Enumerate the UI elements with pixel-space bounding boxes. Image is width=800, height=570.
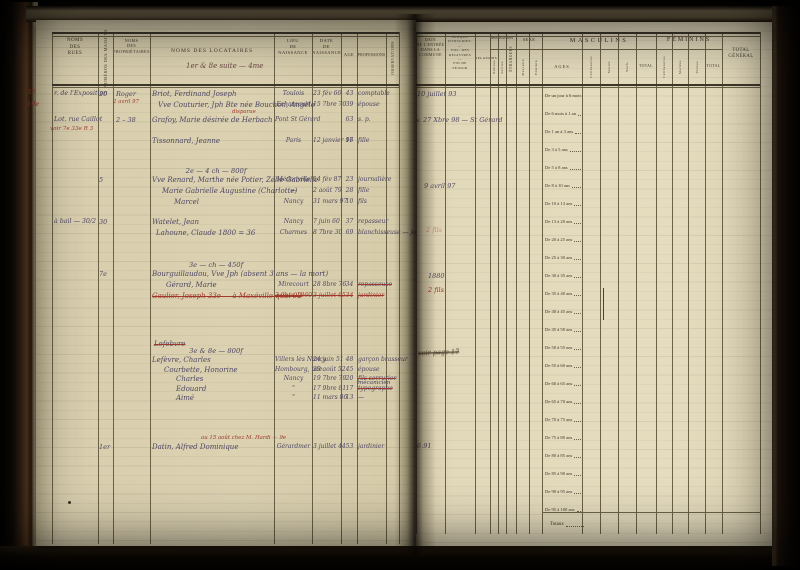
rule-line xyxy=(490,49,722,50)
rule-line xyxy=(656,32,657,534)
proprietor-red-note: 2 avril 97 xyxy=(113,99,139,105)
age-band-label: De 65 à 70 ans xyxy=(545,399,572,404)
dotted-leader xyxy=(574,489,581,494)
col-header-sexe-feminin: Féminin xyxy=(529,50,542,84)
rule-line xyxy=(52,32,399,34)
col-header-f-total: TOTAL xyxy=(705,64,722,69)
age-value: 10 xyxy=(342,198,357,205)
age-band-row: De 1 an à 3 ans xyxy=(545,129,581,134)
birthplace: " xyxy=(275,385,312,392)
profession: fils xyxy=(358,198,367,205)
rule-line xyxy=(475,32,476,534)
rule-line xyxy=(760,32,761,534)
pen-stroke xyxy=(603,288,604,320)
dotted-leader xyxy=(574,345,581,350)
age-band-row: De 6 mois à 1 an xyxy=(545,111,581,116)
age-band-label: De 55 à 60 ans xyxy=(545,363,572,368)
col-header-numeros: NUMÉROS DES MAISONS xyxy=(98,34,113,82)
age-band-row: De 20 à 25 ans xyxy=(545,237,581,242)
tenant-name: Lahoune, Claude 1800 = 36 xyxy=(156,229,255,237)
age-band-label: De un jour à 6 mois xyxy=(545,93,581,98)
birthplace: Nancy xyxy=(275,198,312,205)
rule-line xyxy=(542,32,543,534)
col-header-date-naissance: DATE DE NAISSANCE xyxy=(312,38,341,56)
house-number: 7e xyxy=(99,270,107,278)
tenant-name: Datin, Alfred Dominique xyxy=(152,443,238,451)
rule-line xyxy=(600,32,601,534)
profession: repasseuse xyxy=(358,281,392,288)
age-band-label: De 95 à 100 ans xyxy=(545,507,575,512)
profession: fille xyxy=(358,187,369,194)
age-band-row: De 90 à 95 ans xyxy=(545,489,581,494)
tenant-name: Tissonnard, Jeanne xyxy=(152,137,220,145)
rule-line xyxy=(150,32,151,544)
dotted-leader xyxy=(570,147,581,152)
age-band-label: De 75 à 80 ans xyxy=(545,435,572,440)
age-band-label: De 70 à 75 ans xyxy=(545,417,572,422)
dotted-leader xyxy=(574,237,581,242)
age-band-row: De 45 à 50 ans xyxy=(545,327,581,332)
profession: jardinier xyxy=(358,443,384,450)
birthdate: 24 juin 51 xyxy=(313,356,344,363)
apartment-note: 3e — ch — 450f xyxy=(176,261,256,269)
col-header-locataires: NOMS DES LOCATAIRES xyxy=(150,48,274,55)
rule-line xyxy=(672,32,673,534)
age-value: 43 xyxy=(342,90,357,97)
col-header-sexe-masculin: Masculin xyxy=(516,50,529,84)
age-band-row: De 13 à 20 ans xyxy=(545,219,581,224)
rule-line xyxy=(416,32,417,534)
col-header-sexe-masculin-label: Masculin xyxy=(521,59,525,76)
tenant-name: Briot, Ferdinand Joseph xyxy=(152,90,237,98)
profession: s. p. xyxy=(358,116,371,123)
age-band-label: De 40 à 45 ans xyxy=(545,309,572,314)
age-band-row: De 30 à 35 ans xyxy=(545,273,581,278)
entry-annotation: 9 avril 97 xyxy=(424,182,455,190)
dotted-leader xyxy=(574,399,581,404)
totaux-row: Totaux xyxy=(550,522,584,527)
col-header-sexe-feminin-label: Féminin xyxy=(534,60,538,75)
col-header-etrangers-label: ÉTRANGERS xyxy=(509,46,513,72)
birthdate: 2 août 79 xyxy=(313,187,342,194)
col-header-m-veufs: Veufs xyxy=(618,50,636,84)
street-red-note: voir 7e 33e R 3 xyxy=(50,126,93,132)
birthplace: Pont St Gérard xyxy=(275,116,312,123)
age-value: 39 xyxy=(342,101,357,108)
col-header-lieu-naissance: LIEU DE NAISSANCE xyxy=(274,38,312,56)
age-value: 34 xyxy=(342,292,357,299)
birthplace: Villers lès Nancy xyxy=(275,356,312,363)
col-header-entrees-label: Entrées xyxy=(492,60,496,74)
rule-line xyxy=(506,32,507,534)
rule-line xyxy=(636,32,637,534)
rule-line xyxy=(357,32,358,544)
age-band-row: De 50 à 55 ans xyxy=(545,345,581,350)
house-number: 20 xyxy=(99,90,107,98)
tenant-name: Charles xyxy=(176,375,203,383)
col-header-m-celibataires: Célibataires xyxy=(582,50,600,84)
col-header-relations: RELATIONS xyxy=(475,56,490,60)
rule-line xyxy=(542,512,760,513)
birthplace: Gérardmer xyxy=(275,443,312,450)
birthplace: Echarcourt xyxy=(275,101,312,108)
dotted-leader xyxy=(570,165,581,170)
dotted-leader xyxy=(574,435,581,440)
col-header-f-mariees: Mariées xyxy=(672,50,688,84)
tenant-name: Lefèvre, Charles xyxy=(152,356,211,364)
age-band-row: De 3 à 5 ans xyxy=(545,147,581,152)
apartment-note: 2e — 4 ch — 800f xyxy=(176,167,256,175)
birthdate: 3 juillet 65 xyxy=(313,292,346,299)
col-header-proprietaires: NOMS DES PROPRIÉTAIRES xyxy=(113,38,150,54)
apartment-note: 3e & 8e — 800f xyxy=(176,347,256,355)
dotted-leader xyxy=(574,363,581,368)
census-register-scan: NOMS DES RUES NUMÉROS DES MAISONS NOMS D… xyxy=(0,0,800,570)
birthplace: Paris xyxy=(275,137,312,144)
col-header-f-celibataires: Célibataires xyxy=(656,50,672,84)
birthplace: Charmes xyxy=(275,229,312,236)
profession: garçon brasseur xyxy=(358,356,408,363)
entry-annotation: 6.91 xyxy=(417,442,431,450)
right-page: DATE DE L'ENTRÉE DANS LA COMMUNE ÉPOQUE … xyxy=(416,22,772,546)
col-header-f-celibataires-label: Célibataires xyxy=(662,56,666,78)
rule-line xyxy=(529,32,530,534)
profession: jardinier xyxy=(358,292,384,299)
age-value: 45 xyxy=(342,366,357,373)
rule-line xyxy=(416,87,760,88)
age-band-label: De 85 à 90 ans xyxy=(545,471,572,476)
margin-note: 19e xyxy=(27,100,39,108)
totaux-label: Totaux xyxy=(550,522,564,527)
age-value: 34 xyxy=(342,281,357,288)
rule-line xyxy=(705,32,706,534)
birthplace: " xyxy=(275,394,312,401)
age-band-row: De un jour à 6 mois xyxy=(545,93,581,98)
dotted-leader xyxy=(577,507,581,512)
rule-line xyxy=(516,32,517,534)
col-header-date-entree: DATE DE L'ENTRÉE DANS LA COMMUNE xyxy=(416,38,445,58)
col-header-f-mariees-label: Mariées xyxy=(678,60,682,74)
col-header-numeros-label: NUMÉROS DES MAISONS xyxy=(103,29,108,88)
age-band-label: De 25 à 30 ans xyxy=(545,255,572,260)
col-header-total-general: TOTAL GÉNÉRAL xyxy=(722,48,760,60)
age-value: 16 xyxy=(342,137,357,144)
birthdate: 7 juin 60 xyxy=(313,218,340,225)
col-header-m-celibataires-label: Célibataires xyxy=(589,56,593,78)
left-page: NOMS DES RUES NUMÉROS DES MAISONS NOMS D… xyxy=(36,20,416,546)
age-band-row: De 8 à 10 ans xyxy=(545,183,581,188)
tenant-name: Bourguillaudou, Vve Jph (absent 3 ans — … xyxy=(152,270,328,278)
profession: repasseur xyxy=(358,218,388,225)
rule-line xyxy=(416,84,760,86)
rule-line xyxy=(416,36,760,37)
col-header-sorties: Sorties xyxy=(498,50,506,84)
birthdate: 23 fév 66 xyxy=(313,90,341,97)
dotted-leader xyxy=(566,522,584,527)
dotted-leader xyxy=(574,381,581,386)
age-band-row: De 5 à 8 ans xyxy=(545,165,581,170)
age-value: 63 xyxy=(342,116,357,123)
rule-line xyxy=(416,32,760,34)
tenant-name: Edouard xyxy=(176,385,206,393)
rule-line xyxy=(399,32,400,544)
group-header-feminins: FÉMININS xyxy=(656,37,722,45)
rule-line xyxy=(52,32,53,544)
age-band-label: De 20 à 25 ans xyxy=(545,237,572,242)
col-header-f-veuves-label: Veuves xyxy=(695,61,699,74)
rule-line xyxy=(52,84,399,86)
age-value: 13 xyxy=(342,394,357,401)
dotted-leader xyxy=(572,183,581,188)
rule-line xyxy=(490,32,491,534)
entry-annotation: 2 fils xyxy=(428,286,444,294)
birthplace: Nancy xyxy=(275,218,312,225)
col-header-age: AGE xyxy=(341,52,357,58)
dotted-leader xyxy=(574,453,581,458)
rule-line xyxy=(113,32,114,544)
col-header-sorties-label: Sorties xyxy=(500,61,504,74)
col-header-m-veufs-label: Veufs xyxy=(625,62,629,72)
dotted-leader xyxy=(574,327,581,332)
dotted-leader xyxy=(574,219,581,224)
age-band-label: De 6 mois à 1 an xyxy=(545,111,576,116)
dotted-leader xyxy=(574,255,581,260)
age-value: 37 xyxy=(342,218,357,225)
entry-annotation: 10 juillet 93 xyxy=(417,90,457,98)
col-header-f-veuves: Veuves xyxy=(688,50,705,84)
proprietor-name: Roger xyxy=(116,90,136,98)
age-band-label: De 1 an à 3 ans xyxy=(545,129,573,134)
col-header-etrangers: ÉTRANGERS xyxy=(506,34,516,84)
col-header-m-maries: Mariés xyxy=(600,50,618,84)
rule-line xyxy=(618,32,619,534)
tenant-name: Grafoy, Marie désirée de Herbach xyxy=(152,116,273,124)
dotted-leader xyxy=(578,111,581,116)
age-value: 53 xyxy=(342,443,357,450)
birthplace: Médonville xyxy=(275,176,312,183)
book-spine xyxy=(4,2,38,568)
birthdate: 3 juillet 44 xyxy=(313,443,346,450)
rule-line xyxy=(688,32,689,534)
tenant-name: Courbette, Honorine xyxy=(164,366,238,374)
entry-annotation: voir page 17 xyxy=(418,347,459,356)
birthplace: Nancy xyxy=(275,375,312,382)
age-band-label: De 13 à 20 ans xyxy=(545,219,572,224)
age-band-row: De 35 à 40 ans xyxy=(545,291,581,296)
tenant-name: Marcel xyxy=(174,198,199,206)
dotted-leader xyxy=(574,417,581,422)
profession: fille xyxy=(358,137,369,144)
birthdate: 14 fév 87 xyxy=(313,176,341,183)
tenant-red-note: au 15 août chez M. Hardi — 9e xyxy=(201,435,286,441)
age-value: 48 xyxy=(342,356,357,363)
birthplace: 3 9bre 1860 xyxy=(275,292,312,299)
entry-annotation: 2 fils xyxy=(426,226,442,234)
rule-line xyxy=(445,32,446,534)
profession: typographe xyxy=(358,385,393,392)
dotted-leader xyxy=(575,129,581,134)
profession: épouse xyxy=(358,366,380,373)
age-value: 17 xyxy=(342,385,357,392)
age-band-row: De 85 à 90 ans xyxy=(545,471,581,476)
book-right-board xyxy=(772,6,800,566)
rule-line xyxy=(341,32,342,544)
age-band-label: De 3 à 5 ans xyxy=(545,147,568,152)
col-header-m-maries-label: Mariés xyxy=(607,61,611,73)
house-number: 1er xyxy=(99,443,110,451)
age-band-label: De 90 à 95 ans xyxy=(545,489,572,494)
dotted-leader xyxy=(574,273,581,278)
book-bottom-edge xyxy=(0,546,800,570)
street-number-range: 2 – 38 xyxy=(116,116,136,124)
age-band-row: De 25 à 30 ans xyxy=(545,255,581,260)
birthplace: Toulois xyxy=(275,90,312,97)
age-value: 69 xyxy=(342,229,357,236)
rule-line xyxy=(52,36,399,37)
tenant-name: Aimé xyxy=(176,394,194,402)
age-band-row: De 80 à 85 ans xyxy=(545,453,581,458)
profession: — xyxy=(358,394,364,401)
dotted-leader xyxy=(574,309,581,314)
age-band-label: De 60 à 65 ans xyxy=(545,381,572,386)
profession: épouse xyxy=(358,101,380,108)
entry-annotation: 1880 xyxy=(428,272,445,280)
col-header-entrees: Entrées xyxy=(490,50,498,84)
group-header-masculins: MASCULINS xyxy=(542,37,656,45)
rule-line xyxy=(498,32,499,534)
locataires-handwritten-note: 1er & 8e suite — 4me xyxy=(186,62,246,70)
rule-line xyxy=(52,87,399,88)
dotted-leader xyxy=(574,291,581,296)
age-band-row: De 65 à 70 ans xyxy=(545,399,581,404)
age-value: 28 xyxy=(342,187,357,194)
ink-blot xyxy=(68,501,71,504)
rule-line xyxy=(386,32,387,544)
birthplace: Mirecourt xyxy=(275,281,312,288)
col-header-ages: AGES xyxy=(542,64,582,70)
age-band-label: De 5 à 8 ans xyxy=(545,165,568,170)
entry-annotation: v. 27 Xbre 98 — St Gérard xyxy=(416,116,503,124)
age-band-row: De 95 à 100 ans xyxy=(545,507,581,512)
age-band-label: De 10 à 13 ans xyxy=(545,201,572,206)
col-header-rues: NOMS DES RUES xyxy=(52,38,98,58)
profession: journalière xyxy=(358,176,391,183)
age-band-row: De 70 à 75 ans xyxy=(545,417,581,422)
margin-note: 33 xyxy=(27,88,35,96)
rule-line xyxy=(582,32,583,534)
age-band-label: De 45 à 50 ans xyxy=(545,327,572,332)
age-band-row: De 60 à 65 ans xyxy=(545,381,581,386)
street-name: à bail — 30/2 xyxy=(54,218,96,225)
age-value: 20 xyxy=(342,375,357,382)
col-header-m-total: TOTAL xyxy=(636,64,656,69)
dotted-leader xyxy=(574,471,581,476)
age-band-label: De 30 à 35 ans xyxy=(545,273,572,278)
age-band-row: De 75 à 80 ans xyxy=(545,435,581,440)
col-header-observations: OBSERVATIONS xyxy=(386,34,399,82)
age-band-row: De 55 à 60 ans xyxy=(545,363,581,368)
house-number: 30 xyxy=(99,218,107,226)
dotted-leader xyxy=(574,201,581,206)
age-band-label: De 50 à 55 ans xyxy=(545,345,572,350)
col-header-professions: PROFESSIONS xyxy=(357,52,386,57)
age-band-row: De 10 à 13 ans xyxy=(545,201,581,206)
age-band-row: De 40 à 45 ans xyxy=(545,309,581,314)
tenant-red-note: disparue xyxy=(232,109,256,115)
rule-line xyxy=(722,32,723,534)
age-band-label: De 80 à 85 ans xyxy=(545,453,572,458)
age-band-label: De 8 à 10 ans xyxy=(545,183,570,188)
profession: comptable xyxy=(358,90,390,97)
birthdate: 29 août 52 xyxy=(313,366,346,373)
age-value: 23 xyxy=(342,176,357,183)
col-header-observations-label: OBSERVATIONS xyxy=(391,41,395,75)
age-band-label: De 35 à 40 ans xyxy=(545,291,572,296)
birthplace: Hombourg, née xyxy=(275,366,312,373)
birthplace: — xyxy=(275,187,312,194)
street-name: Lot. rue Caillot xyxy=(54,116,102,123)
house-number: 5 xyxy=(99,176,103,184)
tenant-name: Gérard, Marie xyxy=(166,281,217,289)
birthdate: 8 7bre 30 xyxy=(313,229,342,236)
tenant-name: Watelet, Jean xyxy=(152,218,199,226)
col-header-epoque: ÉPOQUE D'INSCRIPT. — VOL. DES REGISTRES … xyxy=(445,35,475,70)
rule-line xyxy=(98,32,99,544)
